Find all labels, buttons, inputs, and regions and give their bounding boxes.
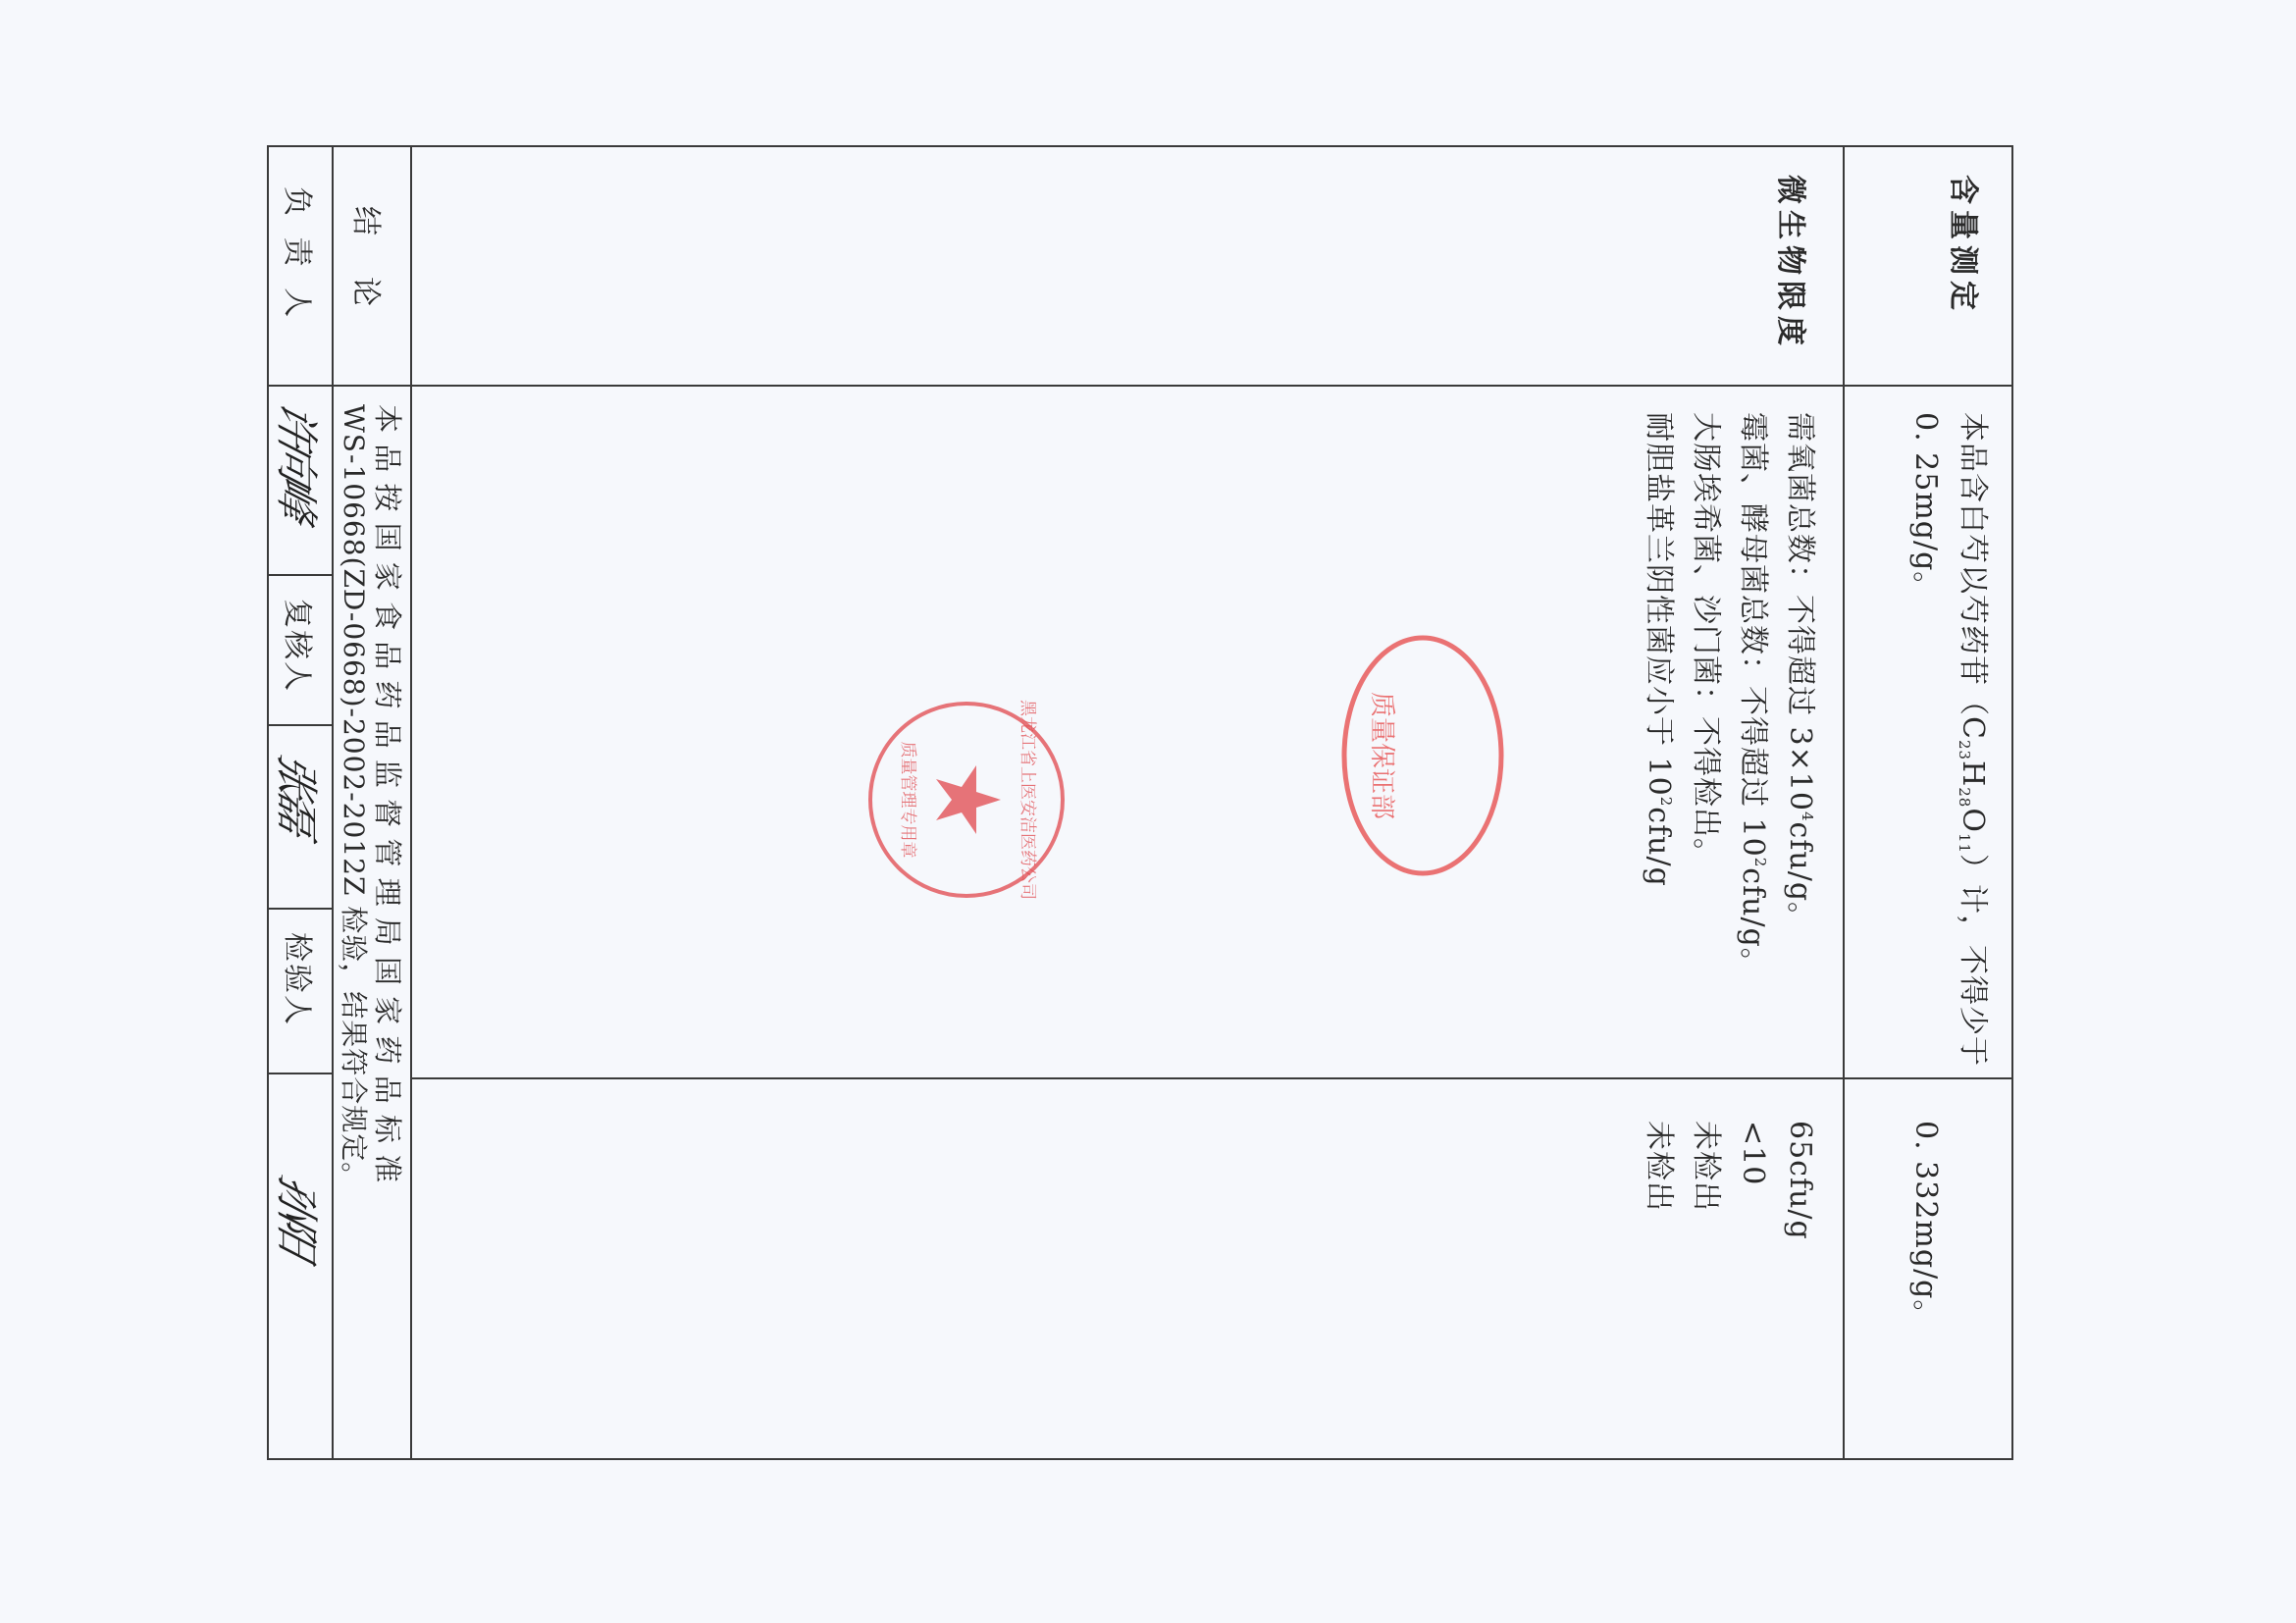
conclusion-line2: WS-10668(ZD-0668)-2002-2012Z 检验，结果符合规定。	[333, 404, 373, 1190]
row-divider	[410, 147, 412, 1458]
signature-divider	[269, 908, 334, 910]
conclusion-label: 结 论	[347, 206, 391, 312]
microbial-standard-item: 霉菌、酵母菌总数：不得超过 102cfu/g。	[1732, 412, 1775, 978]
inspection-report-table: 含量测定 本品含白芍以芍药苷（C23H28O11）计，不得少于 0. 25mg/…	[267, 145, 2013, 1460]
signature-divider	[269, 574, 334, 576]
assay-label: 含量测定	[1945, 175, 1988, 316]
column-divider	[412, 1077, 2011, 1079]
signature-divider	[269, 724, 334, 726]
microbial-standard-item: 耐胆盐革兰阴性菌应小于 102cfu/g	[1638, 412, 1681, 887]
assay-standard-line2: 0. 25mg/g。	[1905, 412, 1948, 602]
rotated-document-page: 含量测定 本品含白芍以芍药苷（C23H28O11）计，不得少于 0. 25mg/…	[0, 0, 2296, 1623]
responsible-person-signature: 许向峰	[269, 395, 332, 524]
microbial-result: 65cfu/g	[1779, 1121, 1822, 1240]
responsible-person-label: 负 责 人	[279, 186, 322, 323]
assay-result: 0. 332mg/g。	[1905, 1121, 1948, 1330]
signature-divider	[269, 1073, 334, 1074]
microbial-result: <10	[1732, 1121, 1775, 1185]
assay-standard-line1: 本品含白芍以芍药苷（C23H28O11）计，不得少于	[1952, 412, 1995, 1067]
microbial-result: 未检出	[1685, 1121, 1728, 1212]
microbial-standard-item: 大肠埃希菌、沙门菌：不得检出。	[1685, 412, 1728, 868]
inspector-signature: 孙阳	[269, 1169, 332, 1260]
microbial-standard-item: 需氧菌总数：不得超过 3×104cfu/g。	[1779, 412, 1822, 932]
reviewer-label: 复核人	[279, 599, 322, 693]
conclusion-line1: 本 品 按 国 家 食 品 药 品 监 督 管 理 局 国 家 药 品 标 准	[367, 404, 408, 1183]
column-divider	[269, 385, 412, 387]
reviewer-signature: 张磊	[269, 747, 332, 838]
microbial-result: 未检出	[1638, 1121, 1681, 1212]
inspector-label: 检验人	[279, 932, 322, 1026]
row-divider	[1843, 147, 1845, 1458]
column-divider	[412, 385, 2011, 387]
microbial-label: 微生物限度	[1772, 175, 1815, 351]
